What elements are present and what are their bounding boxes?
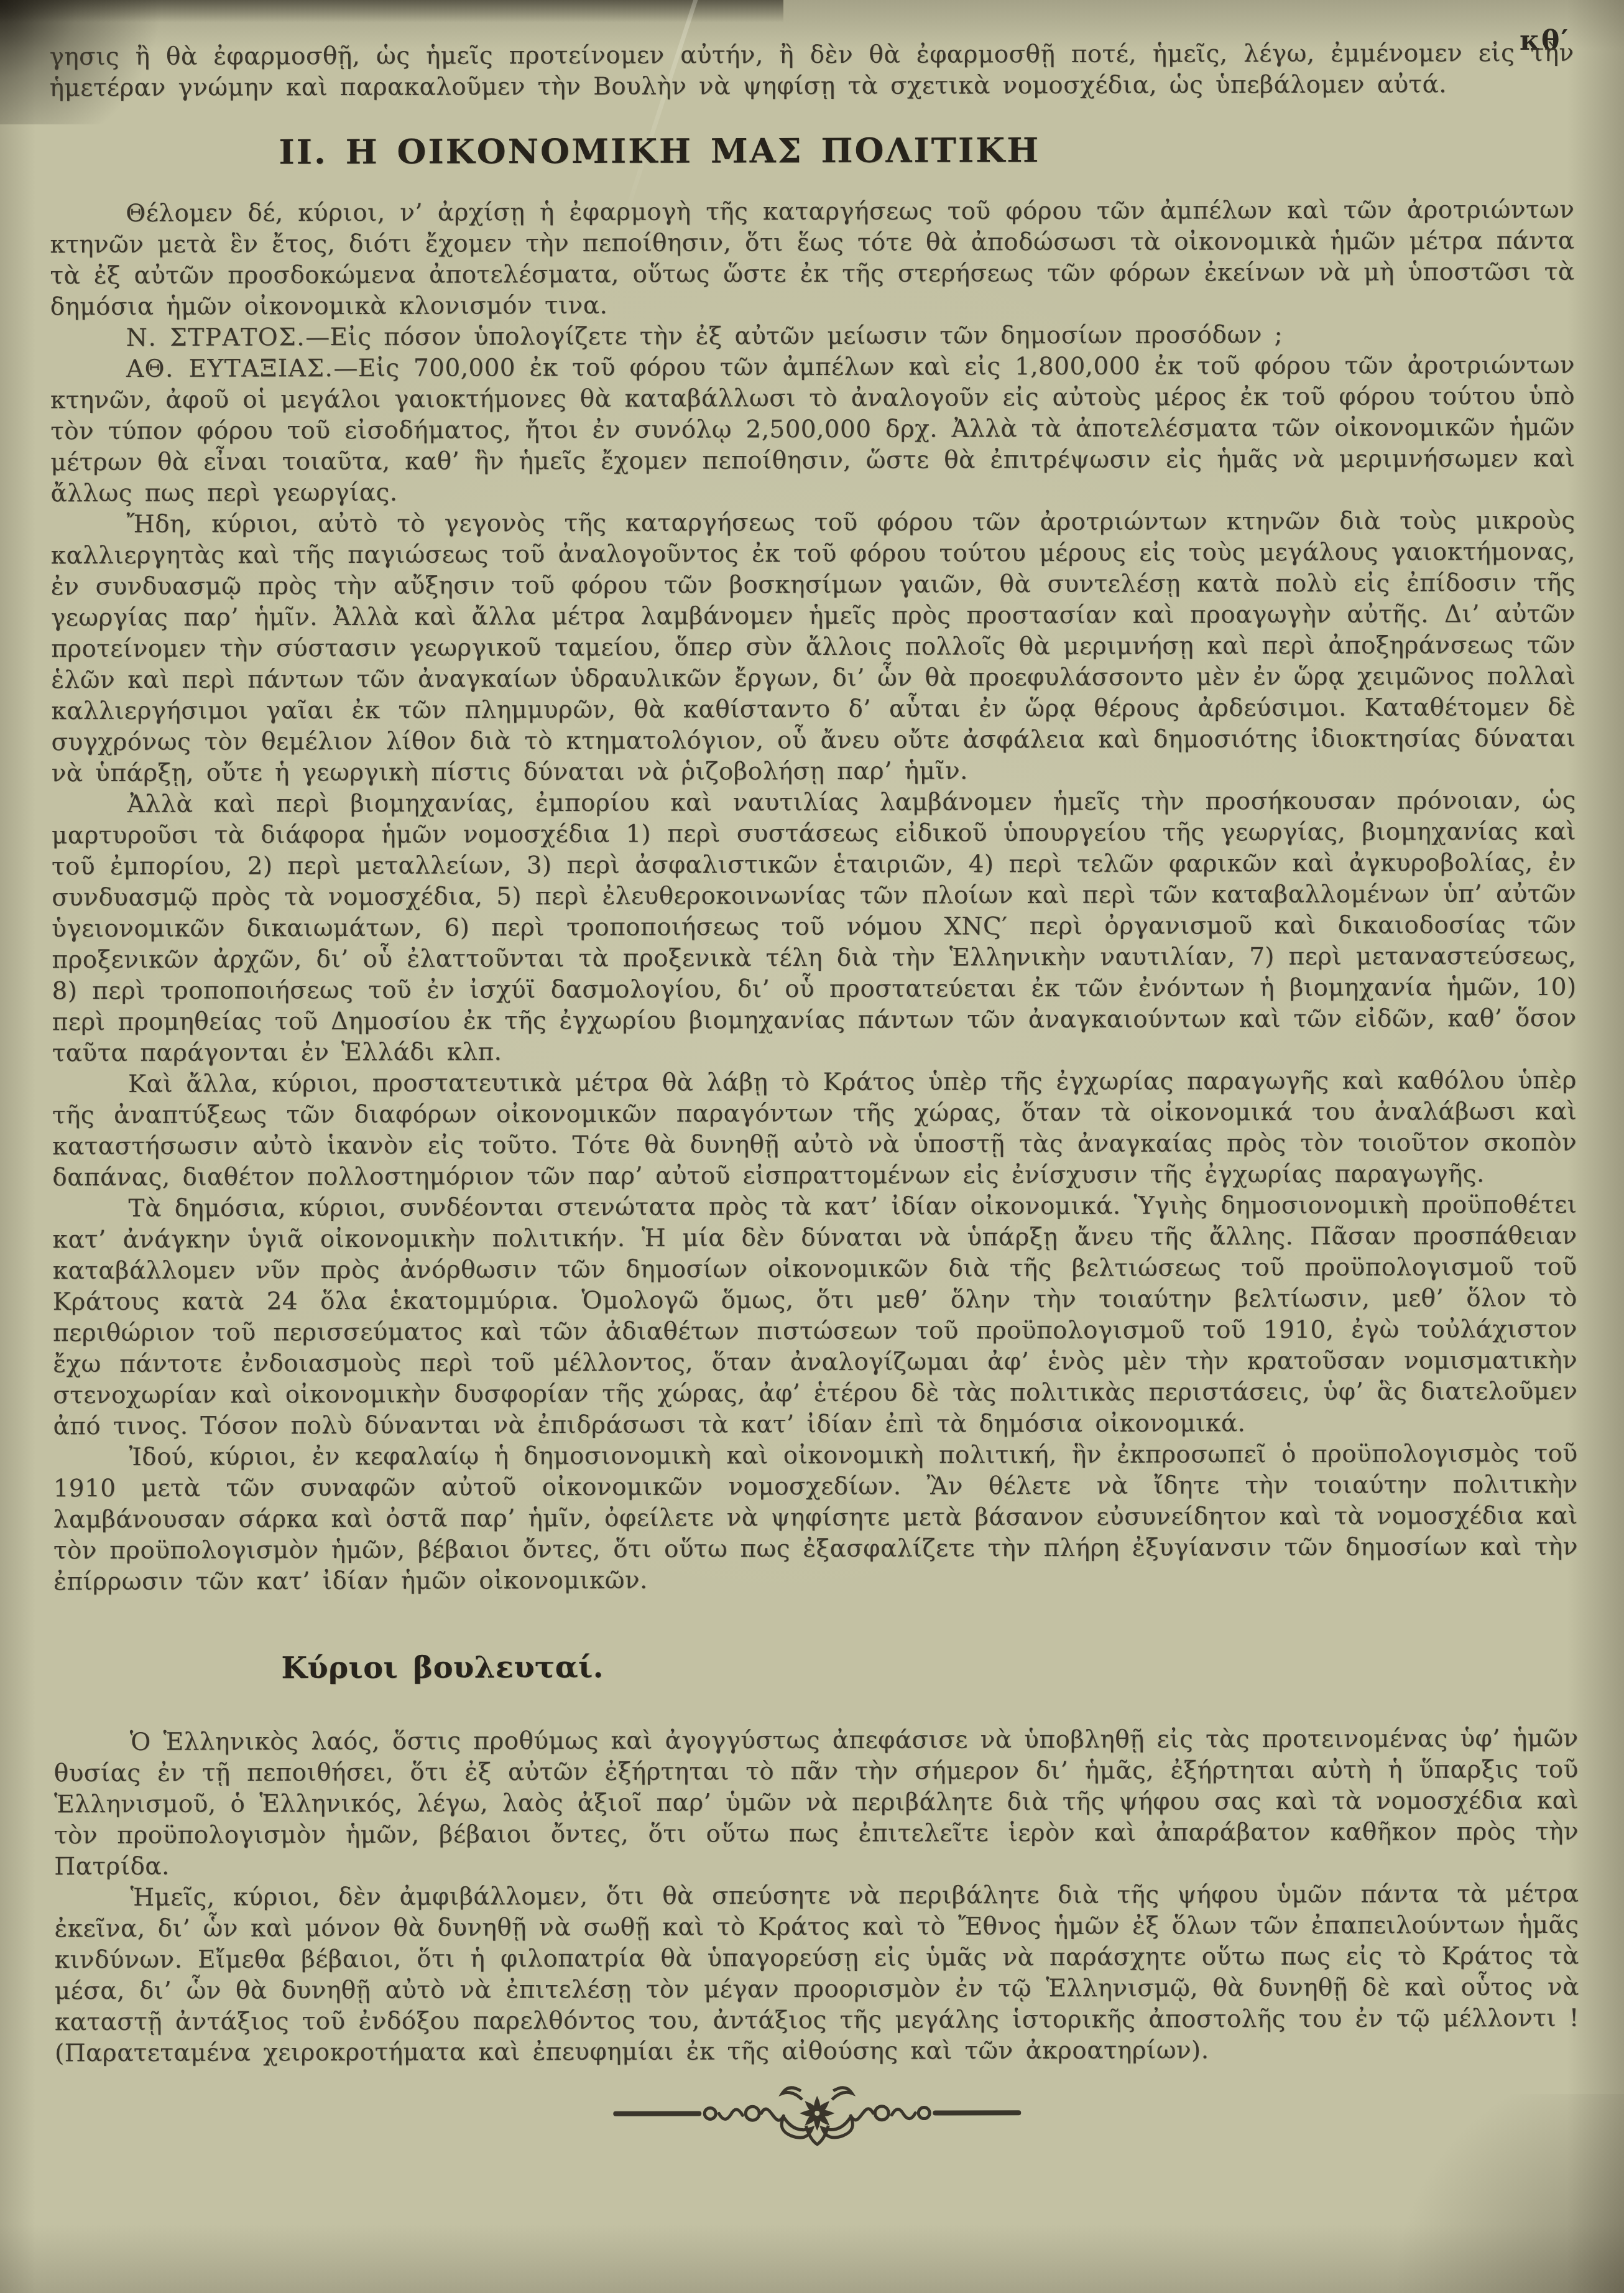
paragraph-finance: Τὰ δημόσια, κύριοι, συνδέονται στενώτατα… (52, 1190, 1577, 1442)
paragraph-intro: Θέλομεν δέ, κύριοι, ν’ ἀρχίσῃ ἡ ἐφαρμογὴ… (50, 195, 1575, 323)
section-heading: ΙΙ. Η ΟΙΚΟΝΟΜΙΚΗ ΜΑΣ ΠΟΛΙΤΙΚΗ (50, 129, 1270, 172)
speaker-name: ΑΘ. ΕΥΤΑΞΙΑΣ. (126, 354, 334, 383)
scanned-document-page: κθ′ γησις ἢ θὰ ἐφαρμοσθῇ, ὡς ἡμεῖς προτε… (0, 0, 1624, 2293)
paragraph-people: Ὁ Ἑλληνικὸς λαός, ὅστις προθύμως καὶ ἀγο… (54, 1723, 1579, 1883)
page-content: γησις ἢ θὰ ἐφαρμοσθῇ, ὡς ἡμεῖς προτείνομ… (50, 38, 1580, 2164)
paragraph-industry: Ἀλλὰ καὶ περὶ βιομηχανίας, ἐμπορίου καὶ … (52, 785, 1577, 1069)
paragraph-protection: Καὶ ἄλλα, κύριοι, προστατευτικὰ μέτρα θὰ… (52, 1065, 1577, 1193)
dialogue-text: —Εἰς πόσον ὑπολογίζετε τὴν ἐξ αὐτῶν μείω… (305, 321, 1283, 351)
divider-ornament (612, 2085, 1022, 2163)
paragraph-continuation: γησις ἢ θὰ ἐφαρμοσθῇ, ὡς ἡμεῖς προτείνομ… (50, 38, 1574, 104)
address-heading: Κύριοι βουλευταί. (281, 1647, 1578, 1685)
speaker-name: Ν. ΣΤΡΑΤΟΣ. (126, 323, 305, 352)
dialogue-line: Ν. ΣΤΡΑΤΟΣ.—Εἰς πόσον ὑπολογίζετε τὴν ἐξ… (50, 319, 1575, 354)
paragraph-closing: Ἡμεῖς, κύριοι, δὲν ἀμφιβάλλομεν, ὅτι θὰ … (54, 1879, 1579, 2069)
paragraph-summary: Ἰδού, κύριοι, ἐν κεφαλαίῳ ἡ δημοσιονομικ… (53, 1438, 1578, 1598)
dialogue-line: ΑΘ. ΕΥΤΑΞΙΑΣ.—Εἰς 700,000 ἐκ τοῦ φόρου τ… (50, 350, 1576, 509)
paragraph-agriculture: Ἤδη, κύριοι, αὐτὸ τὸ γεγονὸς τῆς καταργή… (51, 506, 1576, 789)
top-edge-shadow (0, 0, 783, 22)
